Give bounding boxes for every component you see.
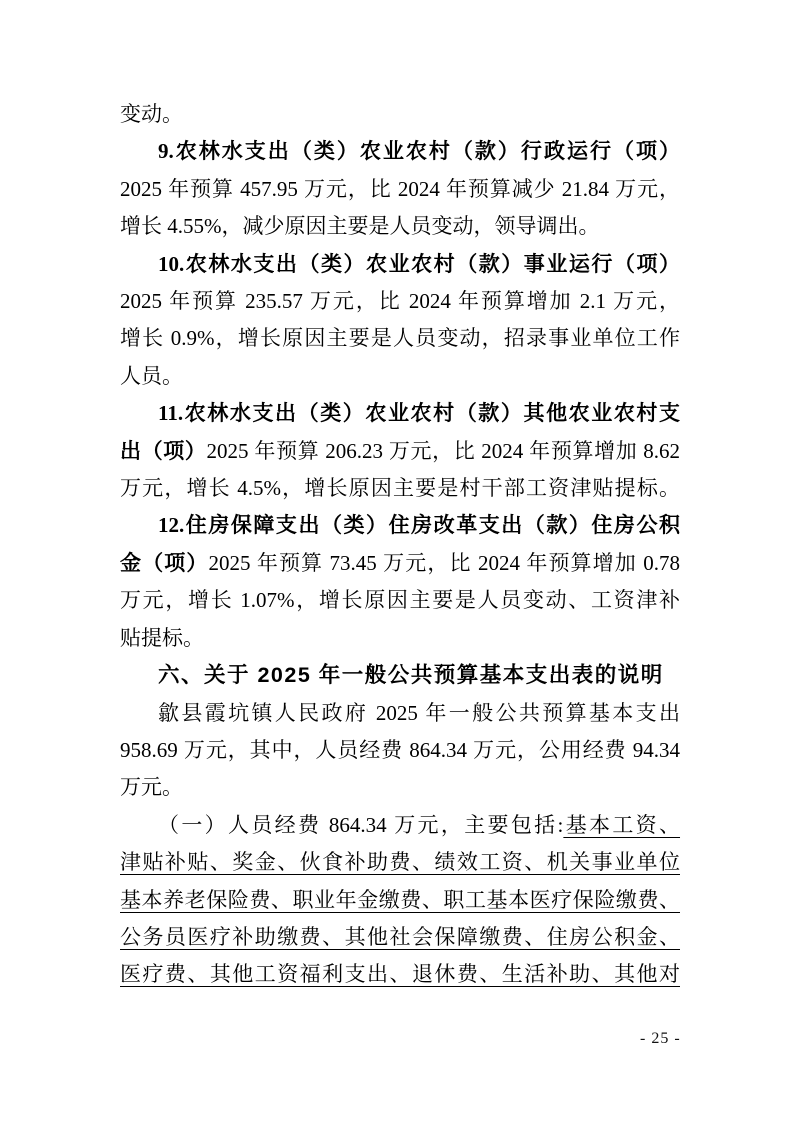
text-segment: 958.69 万元，其中，人员经费 864.34 万元，公用经费 94.34: [120, 738, 680, 762]
text-segment: 2025 年预算 235.57 万元，比 2024 年预算增加 2.1 万元，: [120, 289, 680, 313]
text-segment: 人员。: [120, 364, 183, 388]
text-line: 2025 年预算 235.57 万元，比 2024 年预算增加 2.1 万元，: [120, 283, 680, 320]
underlined-text: 基本养老保险费、职业年金缴费、职工基本医疗保险缴费、: [120, 888, 680, 912]
underlined-text: 津贴补贴、奖金、伙食补助费、绩效工资、机关事业单位: [120, 850, 680, 874]
text-segment: （一）人员经费 864.34 万元，主要包括:: [158, 813, 563, 837]
text-line: 金（项）2025 年预算 73.45 万元，比 2024 年预算增加 0.78: [120, 545, 680, 582]
bold-text: 11.农林水支出（类）农业农村（款）其他农业农村支: [158, 401, 680, 425]
page-number: - 25 -: [640, 1030, 681, 1048]
bold-text: 出（项）: [120, 439, 207, 463]
text-line: 津贴补贴、奖金、伙食补助费、绩效工资、机关事业单位: [120, 844, 680, 881]
text-line: 变动。: [120, 96, 680, 133]
underlined-text: 基本工资、: [563, 813, 680, 837]
text-line: 六、关于 2025 年一般公共预算基本支出表的说明: [120, 657, 680, 694]
text-segment: 增长 0.9%，增长原因主要是人员变动，招录事业单位工作: [120, 326, 680, 350]
text-segment: 变动。: [120, 102, 183, 126]
bold-text: 9.农林水支出（类）农业农村（款）行政运行（项）: [158, 139, 680, 163]
text-line: 11.农林水支出（类）农业农村（款）其他农业农村支: [120, 395, 680, 432]
text-line: 歙县霞坑镇人民政府 2025 年一般公共预算基本支出: [120, 695, 680, 732]
text-line: 增长 4.55%，减少原因主要是人员变动，领导调出。: [120, 208, 680, 245]
text-line: 公务员医疗补助缴费、其他社会保障缴费、住房公积金、: [120, 919, 680, 956]
text-segment: 2025 年预算 457.95 万元，比 2024 年预算减少 21.84 万元…: [120, 177, 680, 201]
text-line: 10.农林水支出（类）农业农村（款）事业运行（项）: [120, 246, 680, 283]
text-line: 万元，增长 4.5%，增长原因主要是村干部工资津贴提标。: [120, 470, 680, 507]
bold-text: 金（项）: [120, 551, 208, 575]
text-segment: 增长 4.55%，减少原因主要是人员变动，领导调出。: [120, 214, 600, 238]
text-line: 万元，增长 1.07%，增长原因主要是人员变动、工资津补: [120, 582, 680, 619]
text-segment: 贴提标。: [120, 626, 204, 650]
bold-text: 10.农林水支出（类）农业农村（款）事业运行（项）: [158, 252, 680, 276]
text-segment: 万元。: [120, 775, 183, 799]
text-line: 万元。: [120, 769, 680, 806]
text-line: 2025 年预算 457.95 万元，比 2024 年预算减少 21.84 万元…: [120, 171, 680, 208]
underlined-text: 医疗费、其他工资福利支出、退休费、生活补助、其他对: [120, 962, 680, 986]
document-page: 变动。9.农林水支出（类）农业农村（款）行政运行（项）2025 年预算 457.…: [0, 0, 793, 1122]
text-segment: 歙县霞坑镇人民政府 2025 年一般公共预算基本支出: [158, 701, 680, 725]
text-segment: 万元，增长 1.07%，增长原因主要是人员变动、工资津补: [120, 588, 680, 612]
text-line: 人员。: [120, 358, 680, 395]
text-line: 贴提标。: [120, 620, 680, 657]
text-segment: 2025 年预算 73.45 万元，比 2024 年预算增加 0.78: [208, 551, 680, 575]
text-line: 9.农林水支出（类）农业农村（款）行政运行（项）: [120, 133, 680, 170]
text-line: 基本养老保险费、职业年金缴费、职工基本医疗保险缴费、: [120, 882, 680, 919]
page-content: 变动。9.农林水支出（类）农业农村（款）行政运行（项）2025 年预算 457.…: [120, 96, 680, 994]
bold-text: 12.住房保障支出（类）住房改革支出（款）住房公积: [158, 513, 680, 537]
text-line: 增长 0.9%，增长原因主要是人员变动，招录事业单位工作: [120, 320, 680, 357]
text-segment: 2025 年预算 206.23 万元，比 2024 年预算增加 8.62: [207, 439, 680, 463]
text-line: 12.住房保障支出（类）住房改革支出（款）住房公积: [120, 507, 680, 544]
section-heading-text: 六、关于 2025 年一般公共预算基本支出表的说明: [158, 663, 664, 687]
text-line: 958.69 万元，其中，人员经费 864.34 万元，公用经费 94.34: [120, 732, 680, 769]
text-segment: 万元，增长 4.5%，增长原因主要是村干部工资津贴提标。: [120, 476, 680, 500]
text-line: 出（项）2025 年预算 206.23 万元，比 2024 年预算增加 8.62: [120, 433, 680, 470]
text-line: （一）人员经费 864.34 万元，主要包括:基本工资、: [120, 807, 680, 844]
text-line: 医疗费、其他工资福利支出、退休费、生活补助、其他对: [120, 956, 680, 993]
underlined-text: 公务员医疗补助缴费、其他社会保障缴费、住房公积金、: [120, 925, 680, 949]
